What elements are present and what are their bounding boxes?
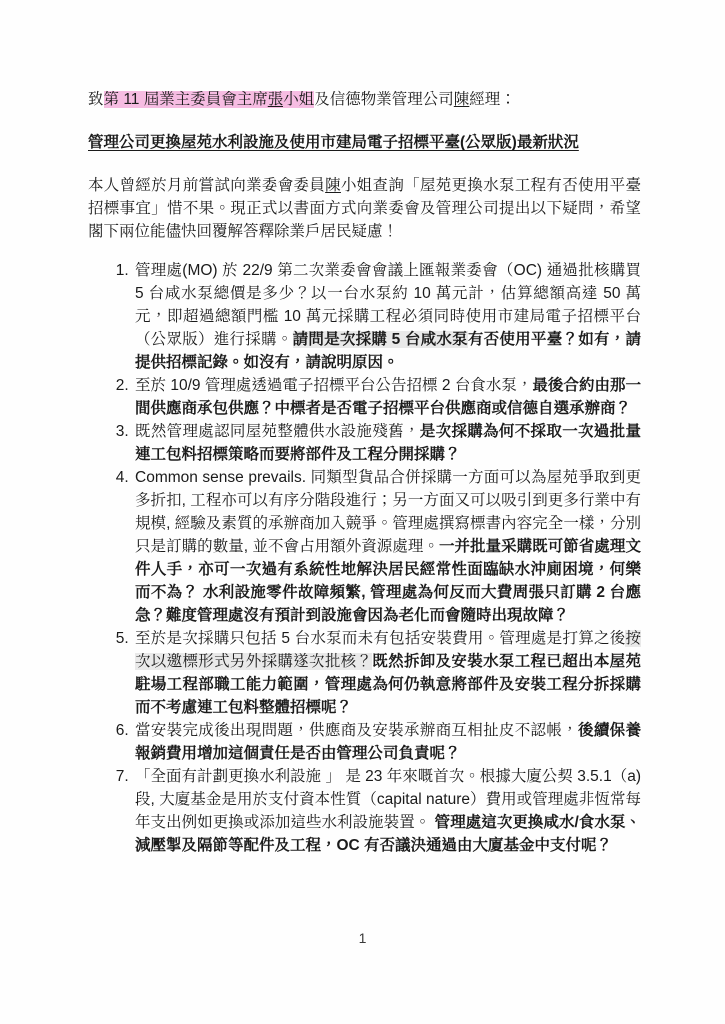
question-item-5: 至於是次採購只包括 5 台水泵而未有包括安裝費用。管理處是打算之後按次以邀標形式… (133, 627, 641, 719)
text-segment: 致 (88, 91, 104, 108)
text-segment: 第 11 屆業主委員會主席 (104, 91, 268, 108)
page-number: 1 (0, 930, 725, 946)
text-segment: 本人曾經於月前嘗試向業委會委員 (88, 177, 325, 194)
salutation-line: 致第 11 屆業主委員會主席張小姐及信德物業管理公司陳經理： (88, 88, 641, 111)
text-segment: 至於 10/9 管理處透過電子招標平台公告招標 2 台食水泵， (135, 377, 532, 394)
intro-paragraph: 本人曾經於月前嘗試向業委會委員陳小姐查詢「屋苑更換水泵工程有否使用平臺招標事宜」… (88, 174, 641, 243)
question-item-3: 既然管理處認同屋苑整體供水設施殘舊，是次採購為何不採取一次過批量連工包料招標策略… (133, 420, 641, 466)
question-item-1: 管理處(MO) 於 22/9 第二次業委會會議上匯報業委會（OC) 通過批核購買… (133, 259, 641, 374)
text-segment: 陳 (325, 177, 341, 194)
text-segment: 至於是次採購只包括 5 台水泵而未有包括安裝費用。管理處是打算之後 (135, 630, 625, 647)
document-page: 致第 11 屆業主委員會主席張小姐及信德物業管理公司陳經理： 管理公司更換屋苑水… (0, 0, 725, 1024)
document-title: 管理公司更換屋苑水利設施及使用市建局電子招標平臺(公眾版)最新狀況 (88, 131, 641, 154)
text-segment: 張 (268, 91, 284, 108)
text-segment: 陳 (454, 91, 470, 108)
document-content: 致第 11 屆業主委員會主席張小姐及信德物業管理公司陳經理： 管理公司更換屋苑水… (88, 88, 641, 857)
text-segment: 經理： (469, 91, 516, 108)
text-segment: 當安裝完成後出現問題，供應商及安裝承辦商互相扯皮不認帳， (135, 722, 578, 739)
text-segment: 既然管理處認同屋苑整體供水設施殘舊， (135, 423, 420, 440)
question-item-2: 至於 10/9 管理處透過電子招標平台公告招標 2 台食水泵，最後合約由那一間供… (133, 374, 641, 420)
question-item-4: Common sense prevails. 同類型貨品合併採購一方面可以為屋苑… (133, 466, 641, 627)
question-item-7: 「全面有計劃更換水利設施 」 是 23 年來嘅首次。根據大廈公契 3.5.1（a… (133, 765, 641, 857)
question-item-6: 當安裝完成後出現問題，供應商及安裝承辦商互相扯皮不認帳，後續保養報銷費用增加這個… (133, 719, 641, 765)
text-segment: 及信德物業管理公司 (314, 91, 454, 108)
text-segment: 小姐 (283, 91, 314, 108)
text-segment: 請問是次採購 5 台咸水泵 (293, 331, 468, 348)
question-list: 管理處(MO) 於 22/9 第二次業委會會議上匯報業委會（OC) 通過批核購買… (88, 259, 641, 857)
